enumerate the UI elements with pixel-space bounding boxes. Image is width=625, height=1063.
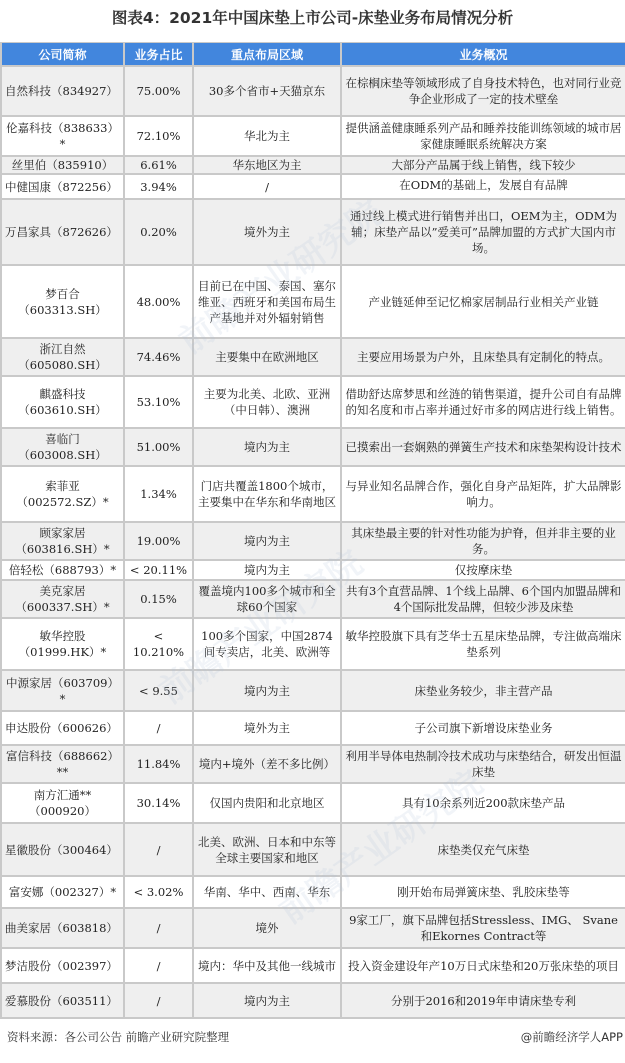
company-cell: 浙江自然（605080.SH） <box>1 338 124 376</box>
share-cell: 0.15% <box>124 580 193 618</box>
region-cell: 华北为主 <box>193 116 341 156</box>
overview-cell: 在ODM的基础上，发展自有品牌 <box>341 174 625 199</box>
table-row: 倍轻松（688793）* < 20.11% 境内为主 仅按摩床垫 <box>1 560 625 580</box>
overview-cell: 具有10余系列近200款床垫产品 <box>341 783 625 823</box>
header-company: 公司简称 <box>1 43 124 67</box>
company-cell: 富安娜（002327）* <box>1 876 124 908</box>
overview-cell: 在棕榈床垫等领域形成了自身技术特色，也对同行业竞争企业形成了一定的技术壁垒 <box>341 66 625 116</box>
region-cell: 30多个省市+天猫京东 <box>193 66 341 116</box>
company-cell: 爱慕股份（603511） <box>1 983 124 1018</box>
company-cell: 喜临门（603008.SH） <box>1 428 124 466</box>
overview-cell: 产业链延伸至记忆棉家居制品行业相关产业链 <box>341 265 625 338</box>
overview-cell: 通过线上模式进行销售并出口，OEM为主，ODM为辅；床垫产品以”爱美可”品牌加盟… <box>341 199 625 265</box>
region-cell: 北美、欧洲、日本和中东等全球主要国家和地区 <box>193 823 341 876</box>
region-cell: 门店共覆盖1800个城市，主要集中在华东和华南地区 <box>193 466 341 522</box>
header-region: 重点布局区域 <box>193 43 341 67</box>
overview-cell: 刚开始布局弹簧床垫、乳胶床垫等 <box>341 876 625 908</box>
region-cell: 目前已在中国、泰国、塞尔维亚、西班牙和美国布局生产基地并对外辐射销售 <box>193 265 341 338</box>
share-cell: 1.34% <box>124 466 193 522</box>
overview-cell: 9家工厂，旗下品牌包括Stressless、IMG、 Svane和Ekornes… <box>341 908 625 948</box>
overview-cell: 共有3个直营品牌、1个线上品牌、6个国内加盟品牌和4个国际批发品牌，但较少涉及床… <box>341 580 625 618</box>
overview-cell: 利用半导体电热制冷技术成功与床垫结合，研发出恒温床垫 <box>341 745 625 783</box>
table-row: 麒盛科技（603610.SH） 53.10% 主要为北美、北欧、亚洲（中日韩）、… <box>1 376 625 428</box>
share-cell: / <box>124 908 193 948</box>
company-cell: 星徽股份（300464） <box>1 823 124 876</box>
share-cell: < 3.02% <box>124 876 193 908</box>
share-cell: 53.10% <box>124 376 193 428</box>
table-row: 自然科技（834927） 75.00% 30多个省市+天猫京东 在棕榈床垫等领域… <box>1 66 625 116</box>
table-row: 富信科技（688662）** 11.84% 境内+境外（差不多比例） 利用半导体… <box>1 745 625 783</box>
share-cell: 3.94% <box>124 174 193 199</box>
table-row: 梦百合（603313.SH） 48.00% 目前已在中国、泰国、塞尔维亚、西班牙… <box>1 265 625 338</box>
overview-cell: 床垫业务较少，非主营产品 <box>341 670 625 711</box>
overview-cell: 主要应用场景为户外，且床垫具有定制化的特点。 <box>341 338 625 376</box>
region-cell: 主要为北美、北欧、亚洲（中日韩）、澳洲 <box>193 376 341 428</box>
region-cell: 境内为主 <box>193 670 341 711</box>
company-cell: 顾家家居（603816.SH）* <box>1 522 124 560</box>
company-cell: 麒盛科技（603610.SH） <box>1 376 124 428</box>
credit-note: @前瞻经济学人APP <box>521 1029 623 1045</box>
region-cell: 境外为主 <box>193 199 341 265</box>
share-cell: 75.00% <box>124 66 193 116</box>
overview-cell: 投入资金建设年产10万日式床垫和20万张床垫的项目 <box>341 948 625 983</box>
company-cell: 梦百合（603313.SH） <box>1 265 124 338</box>
company-cell: 美克家居（600337.SH）* <box>1 580 124 618</box>
share-cell: / <box>124 983 193 1018</box>
overview-cell: 仅按摩床垫 <box>341 560 625 580</box>
share-cell: 72.10% <box>124 116 193 156</box>
share-cell: / <box>124 948 193 983</box>
share-cell: 30.14% <box>124 783 193 823</box>
table-row: 富安娜（002327）* < 3.02% 华南、华中、西南、华东 刚开始布局弹簧… <box>1 876 625 908</box>
region-cell: 境外 <box>193 908 341 948</box>
company-cell: 自然科技（834927） <box>1 66 124 116</box>
company-cell: 申达股份（600626） <box>1 711 124 745</box>
overview-cell: 借助舒达席梦思和丝涟的销售渠道，提升公司自有品牌的知名度和市占率并通过好市多的网… <box>341 376 625 428</box>
overview-cell: 床垫类仅充气床垫 <box>341 823 625 876</box>
region-cell: 仅国内贵阳和北京地区 <box>193 783 341 823</box>
source-note: 资料来源：各公司公告 前瞻产业研究院整理 <box>7 1029 229 1045</box>
company-cell: 中健国康（872256） <box>1 174 124 199</box>
region-cell: 境内为主 <box>193 428 341 466</box>
region-cell: 境内为主 <box>193 522 341 560</box>
table-header-row: 公司简称 业务占比 重点布局区域 业务概况 <box>1 43 625 67</box>
table-row: 星徽股份（300464） / 北美、欧洲、日本和中东等全球主要国家和地区 床垫类… <box>1 823 625 876</box>
overview-cell: 其床垫最主要的针对性功能为护脊，但并非主要的业务。 <box>341 522 625 560</box>
table-row: 美克家居（600337.SH）* 0.15% 覆盖境内100多个城市和全球60个… <box>1 580 625 618</box>
region-cell: 境内+境外（差不多比例） <box>193 745 341 783</box>
region-cell: 境内为主 <box>193 560 341 580</box>
overview-cell: 敏华控股旗下具有芝华士五星床垫品牌，专注做高端床垫系列 <box>341 618 625 670</box>
share-cell: 11.84% <box>124 745 193 783</box>
region-cell: 主要集中在欧洲地区 <box>193 338 341 376</box>
company-cell: 曲美家居（603818） <box>1 908 124 948</box>
overview-cell: 子公司旗下新增设床垫业务 <box>341 711 625 745</box>
company-cell: 伦嘉科技（838633）* <box>1 116 124 156</box>
region-cell: 境内为主 <box>193 983 341 1018</box>
table-row: 南方汇通**（000920） 30.14% 仅国内贵阳和北京地区 具有10余系列… <box>1 783 625 823</box>
table-row: 万昌家具（872626） 0.20% 境外为主 通过线上模式进行销售并出口，OE… <box>1 199 625 265</box>
company-cell: 富信科技（688662）** <box>1 745 124 783</box>
table-row: 伦嘉科技（838633）* 72.10% 华北为主 提供涵盖健康睡系列产品和睡养… <box>1 116 625 156</box>
share-cell: 0.20% <box>124 199 193 265</box>
region-cell: 华东地区为主 <box>193 156 341 174</box>
region-cell: 华南、华中、西南、华东 <box>193 876 341 908</box>
header-share: 业务占比 <box>124 43 193 67</box>
overview-cell: 大部分产品属于线上销售，线下较少 <box>341 156 625 174</box>
overview-cell: 提供涵盖健康睡系列产品和睡养技能训练领域的城市居家健康睡眠系统解决方案 <box>341 116 625 156</box>
company-cell: 中源家居（603709）* <box>1 670 124 711</box>
figure-title: 图表4：2021年中国床垫上市公司-床垫业务布局情况分析 <box>0 6 625 28</box>
company-cell: 敏华控股（01999.HK）* <box>1 618 124 670</box>
share-cell: < 20.11% <box>124 560 193 580</box>
overview-cell: 分别于2016和2019年申请床垫专利 <box>341 983 625 1018</box>
table-row: 敏华控股（01999.HK）* < 10.210% 100多个国家，中国2874… <box>1 618 625 670</box>
region-cell: 100多个国家，中国2874间专卖店，北美、欧洲等 <box>193 618 341 670</box>
company-cell: 万昌家具（872626） <box>1 199 124 265</box>
table-row: 梦洁股份（002397） / 境内：华中及其他一线城市 投入资金建设年产10万日… <box>1 948 625 983</box>
share-cell: 19.00% <box>124 522 193 560</box>
region-cell: 境内：华中及其他一线城市 <box>193 948 341 983</box>
company-cell: 倍轻松（688793）* <box>1 560 124 580</box>
share-cell: / <box>124 823 193 876</box>
company-cell: 丝里伯（835910） <box>1 156 124 174</box>
share-cell: 74.46% <box>124 338 193 376</box>
table-row: 丝里伯（835910） 6.61% 华东地区为主 大部分产品属于线上销售，线下较… <box>1 156 625 174</box>
share-cell: / <box>124 711 193 745</box>
company-cell: 索菲亚（002572.SZ）* <box>1 466 124 522</box>
header-overview: 业务概况 <box>341 43 625 67</box>
company-cell: 梦洁股份（002397） <box>1 948 124 983</box>
table-row: 喜临门（603008.SH） 51.00% 境内为主 已摸索出一套娴熟的弹簧生产… <box>1 428 625 466</box>
overview-cell: 与异业知名品牌合作，强化自身产品矩阵，扩大品牌影响力。 <box>341 466 625 522</box>
overview-cell: 已摸索出一套娴熟的弹簧生产技术和床垫架构设计技术 <box>341 428 625 466</box>
table-row: 中源家居（603709）* < 9.55 境内为主 床垫业务较少，非主营产品 <box>1 670 625 711</box>
table-row: 曲美家居（603818） / 境外 9家工厂，旗下品牌包括Stressless、… <box>1 908 625 948</box>
table-row: 中健国康（872256） 3.94% / 在ODM的基础上，发展自有品牌 <box>1 174 625 199</box>
mattress-company-table: 公司简称 业务占比 重点布局区域 业务概况 自然科技（834927） 75.00… <box>0 42 625 1019</box>
table-row: 顾家家居（603816.SH）* 19.00% 境内为主 其床垫最主要的针对性功… <box>1 522 625 560</box>
share-cell: < 10.210% <box>124 618 193 670</box>
company-cell: 南方汇通**（000920） <box>1 783 124 823</box>
table-row: 爱慕股份（603511） / 境内为主 分别于2016和2019年申请床垫专利 <box>1 983 625 1018</box>
table-row: 索菲亚（002572.SZ）* 1.34% 门店共覆盖1800个城市，主要集中在… <box>1 466 625 522</box>
share-cell: 48.00% <box>124 265 193 338</box>
table-row: 浙江自然（605080.SH） 74.46% 主要集中在欧洲地区 主要应用场景为… <box>1 338 625 376</box>
table-row: 申达股份（600626） / 境外为主 子公司旗下新增设床垫业务 <box>1 711 625 745</box>
share-cell: < 9.55 <box>124 670 193 711</box>
region-cell: / <box>193 174 341 199</box>
share-cell: 51.00% <box>124 428 193 466</box>
region-cell: 境外为主 <box>193 711 341 745</box>
region-cell: 覆盖境内100多个城市和全球60个国家 <box>193 580 341 618</box>
share-cell: 6.61% <box>124 156 193 174</box>
